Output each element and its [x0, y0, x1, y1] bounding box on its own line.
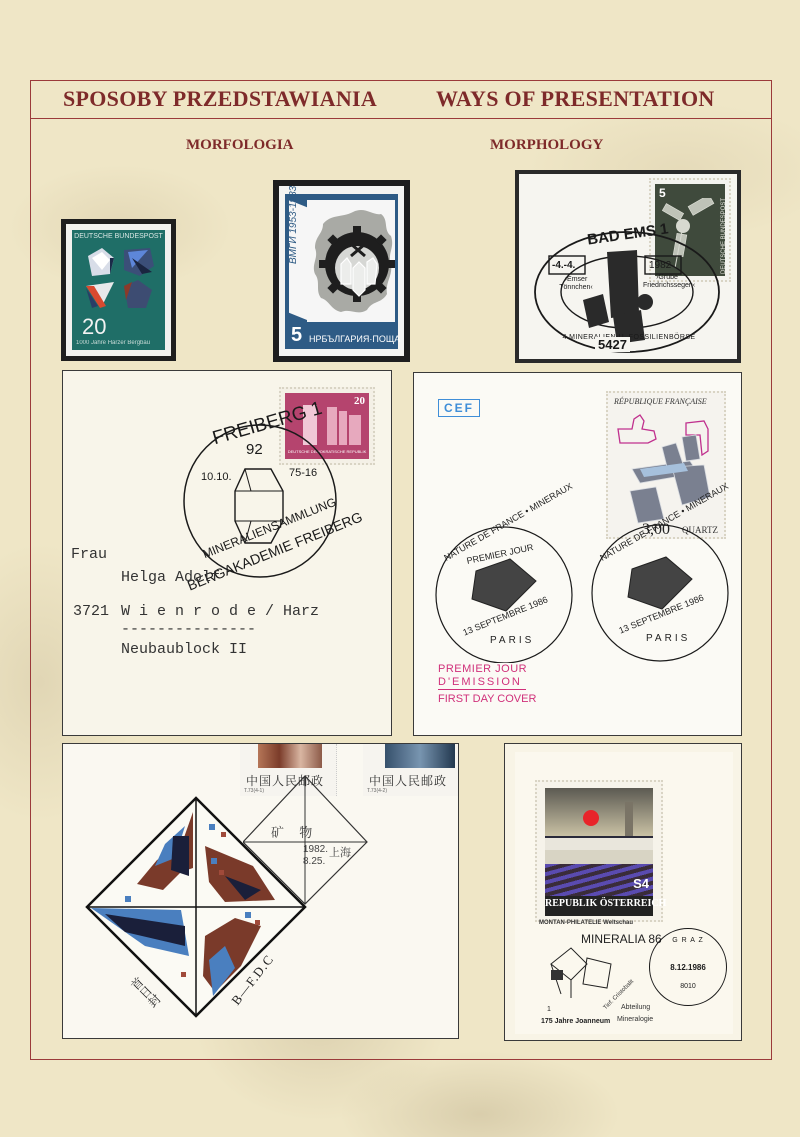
stamp-caption: 1000 Jahre Harzer Bergbau [76, 340, 164, 346]
fdc-line-2: D'EMISSION [438, 676, 526, 690]
stamp-bulgaria: ВМГИ 1953-1983 [279, 186, 404, 356]
stamp-bulgaria-mount: ВМГИ 1953-1983 [273, 180, 410, 362]
cristobalite-crystal-icon [541, 944, 621, 1000]
france-postmarks [424, 513, 742, 663]
stamp-value: 20 [354, 395, 365, 407]
stamp-value: 5 [291, 324, 302, 347]
address-name: Helga Adolf [121, 569, 220, 586]
address-salutation: Frau [71, 546, 107, 563]
label-num: 1 [547, 1006, 551, 1013]
austria-card: S4 REPUBLIK ÖSTERREICH MONTAN-PHILATELIE… [504, 743, 742, 1041]
subtitle-english: MORPHOLOGY [490, 137, 603, 154]
address-street: Neubaublock II [121, 641, 247, 658]
stamp-country: НРБЪЛГАРИЯ·ПОЩА [309, 334, 400, 344]
bad-ems-mount: 5 DEUTSCHE BUNDESPOST [515, 170, 741, 363]
postal-code: 5427 [595, 337, 630, 352]
subtitle-polish: MORFOLOGIA [186, 137, 294, 154]
stamp-country: REPUBLIK ÖSTERREICH [545, 898, 653, 909]
sun-icon [583, 810, 599, 826]
bad-ems-piece: 5 DEUTSCHE BUNDESPOST [519, 174, 737, 359]
crystals-icon [80, 244, 160, 314]
postmark-code: 92 [246, 441, 263, 458]
label-dept-1: Abteilung [621, 1004, 650, 1011]
stamp-vertical-text: ВМГИ 1953-1983 [288, 186, 299, 264]
postmark-time: 75-16 [289, 467, 317, 479]
fdc-line-1: PREMIER JOUR [438, 663, 527, 675]
postmark-date: 8.12.1986 [650, 963, 726, 972]
stamp-austria: S4 REPUBLIK ÖSTERREICH [535, 780, 663, 922]
stamp-germany: DEUTSCHE BUNDESPOST 20 1000 Jahre Harzer… [66, 224, 171, 356]
stamp-value: S4 [633, 876, 649, 891]
postmark-city-2: PARIS [646, 633, 690, 644]
stamp-country: DEUTSCHE BUNDESPOST [72, 233, 165, 240]
postmark-left-text: ›Emser Tönnchen‹ [553, 276, 599, 292]
card-line-1: MONTAN-PHILATELIE Weltschau [539, 920, 633, 926]
title-english: WAYS OF PRESENTATION [436, 86, 715, 112]
postmark-city: PARIS [490, 635, 534, 646]
postmark-date: 10.10. [201, 471, 232, 483]
stamp-value: 20 [82, 314, 106, 340]
header-divider [30, 118, 772, 119]
france-fdc: CEF RÉPUBLIQUE FRANÇAISE QUARTZ 3,00 [413, 372, 742, 736]
crystal-diamond-artwork [85, 796, 307, 1018]
postmark-year: 1982 [649, 260, 671, 271]
label-left: 175 Jahre Joanneum [541, 1018, 610, 1025]
graz-postmark: G R A Z 8.12.1986 8010 [649, 928, 727, 1006]
postmark-date: -4.-4. [552, 260, 575, 271]
cef-logo: CEF [438, 399, 480, 417]
freiberg-cover: 20 DEUTSCHE DEMOKRATISCHE REPUBLIK FREIB… [62, 370, 392, 736]
stamp-country: RÉPUBLIQUE FRANÇAISE [614, 397, 722, 406]
address-postcode: 3721 [73, 603, 109, 620]
postmark-code: 8010 [650, 983, 726, 990]
label-dept-2: Mineralogie [617, 1016, 653, 1023]
title-polish: SPOSOBY PRZEDSTAWIANIA [63, 86, 377, 112]
postmark-city: 上海 [329, 844, 351, 860]
china-fdc: 中国人民邮政 T.73(4-1) 中国人民邮政 T.73(4-2) 矿 物 19… [62, 743, 459, 1039]
address-city: W i e n r o d e / Harz [121, 603, 319, 620]
stamp-germany-mount: DEUTSCHE BUNDESPOST 20 1000 Jahre Harzer… [61, 219, 176, 361]
address-underline: --------------- [121, 621, 256, 638]
gear-hammers-crystals-icon [311, 206, 395, 318]
fdc-line-3: FIRST DAY COVER [438, 693, 536, 705]
postmark-right-text: ›Grube Friedrichssegen‹ [643, 274, 691, 290]
postmark-city: G R A Z [650, 937, 726, 944]
quartz-crystal-icon [612, 407, 720, 527]
